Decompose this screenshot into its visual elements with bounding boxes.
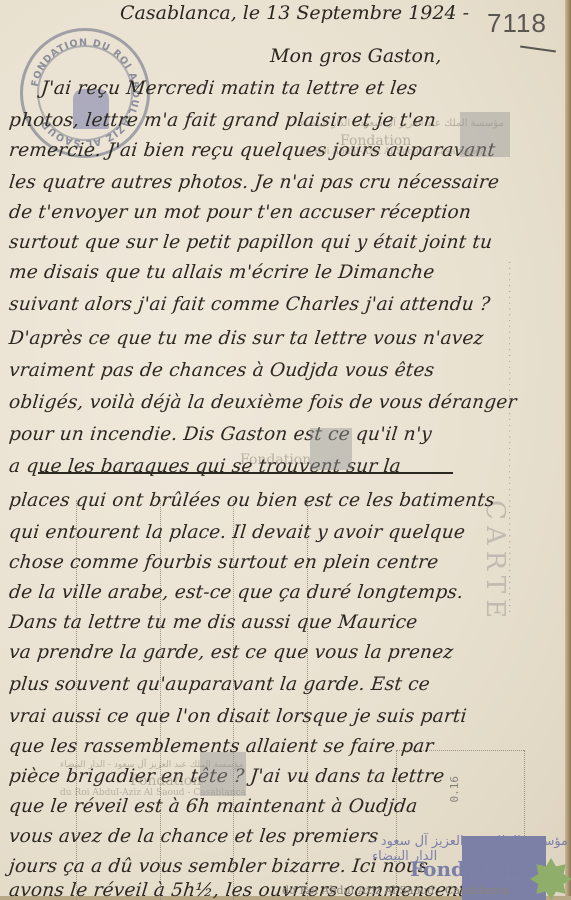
watermark-logo-box [310, 428, 352, 470]
letter-line: les quatre autres photos. Je n'ai pas cr… [8, 172, 500, 193]
letter-line: Dans ta lettre tu me dis aussi que Mauri… [8, 612, 419, 633]
place-date: Casablanca, le 13 Septembre 1924 - [120, 2, 469, 24]
foundation-caption: du Roi Abdul-Aziz Al Saoud - Casablanca [282, 884, 509, 897]
letter-line: vous avez de la chance et les premiers [8, 826, 380, 847]
letter-line: D'après ce que tu me dis sur ta lettre v… [8, 328, 485, 349]
letter-line: de t'envoyer un mot pour t'en accuser ré… [8, 202, 472, 223]
letter-line: de la ville arabe, est-ce que ça duré lo… [8, 582, 464, 603]
letter-line: me disais que tu allais m'écrire le Dima… [8, 262, 436, 283]
letter-line: photos, lettre m'a fait grand plaisir et… [8, 110, 437, 131]
letter-line: que le réveil est à 6h maintenant à Oudj… [8, 796, 418, 817]
letter-line: remercie. J'ai bien reçu quelques jours … [8, 140, 496, 161]
letter-line: chose comme fourbis surtout en plein cen… [8, 552, 440, 573]
letter-line: vraiment pas de chances à Oudjda vous êt… [8, 360, 435, 381]
archive-ref-number: 7118 [487, 8, 547, 39]
margin-small-number: 0.16 [448, 776, 461, 803]
letter-line: plus souvent qu'auparavant la garde. Est… [8, 674, 431, 695]
salutation: Mon gros Gaston, [270, 45, 441, 67]
foundation-name: Fondation [410, 857, 523, 881]
letter-line: va prendre la garde, est ce que vous la … [8, 642, 454, 663]
letter-line: vrai aussi ce que l'on disait lorsque je… [8, 706, 468, 727]
letter-line: jours ça a dû vous sembler bizarre. Ici … [8, 856, 429, 877]
watermark-logo-box [460, 112, 510, 157]
letter-line: J'ai reçu Mercredi matin ta lettre et le… [40, 78, 418, 99]
letter-line: suivant alors j'ai fait comme Charles j'… [8, 294, 491, 315]
letter-line: obligés, voilà déjà la deuxième fois de … [8, 392, 518, 413]
letter-line: places qui ont brûlées ou bien est ce le… [8, 490, 496, 511]
letter-line: qui entourent la place. Il devait y avoi… [8, 522, 466, 543]
paper-edge-right [565, 0, 571, 900]
letter-line: surtout que sur le petit papillon qui y … [8, 232, 493, 253]
letter-line: pour un incendie. Dis Gaston est ce qu'i… [8, 424, 433, 445]
margin-print-letters: CARTE [480, 500, 510, 624]
watermark-logo-box [200, 752, 246, 796]
strikethrough-mark [38, 472, 453, 474]
